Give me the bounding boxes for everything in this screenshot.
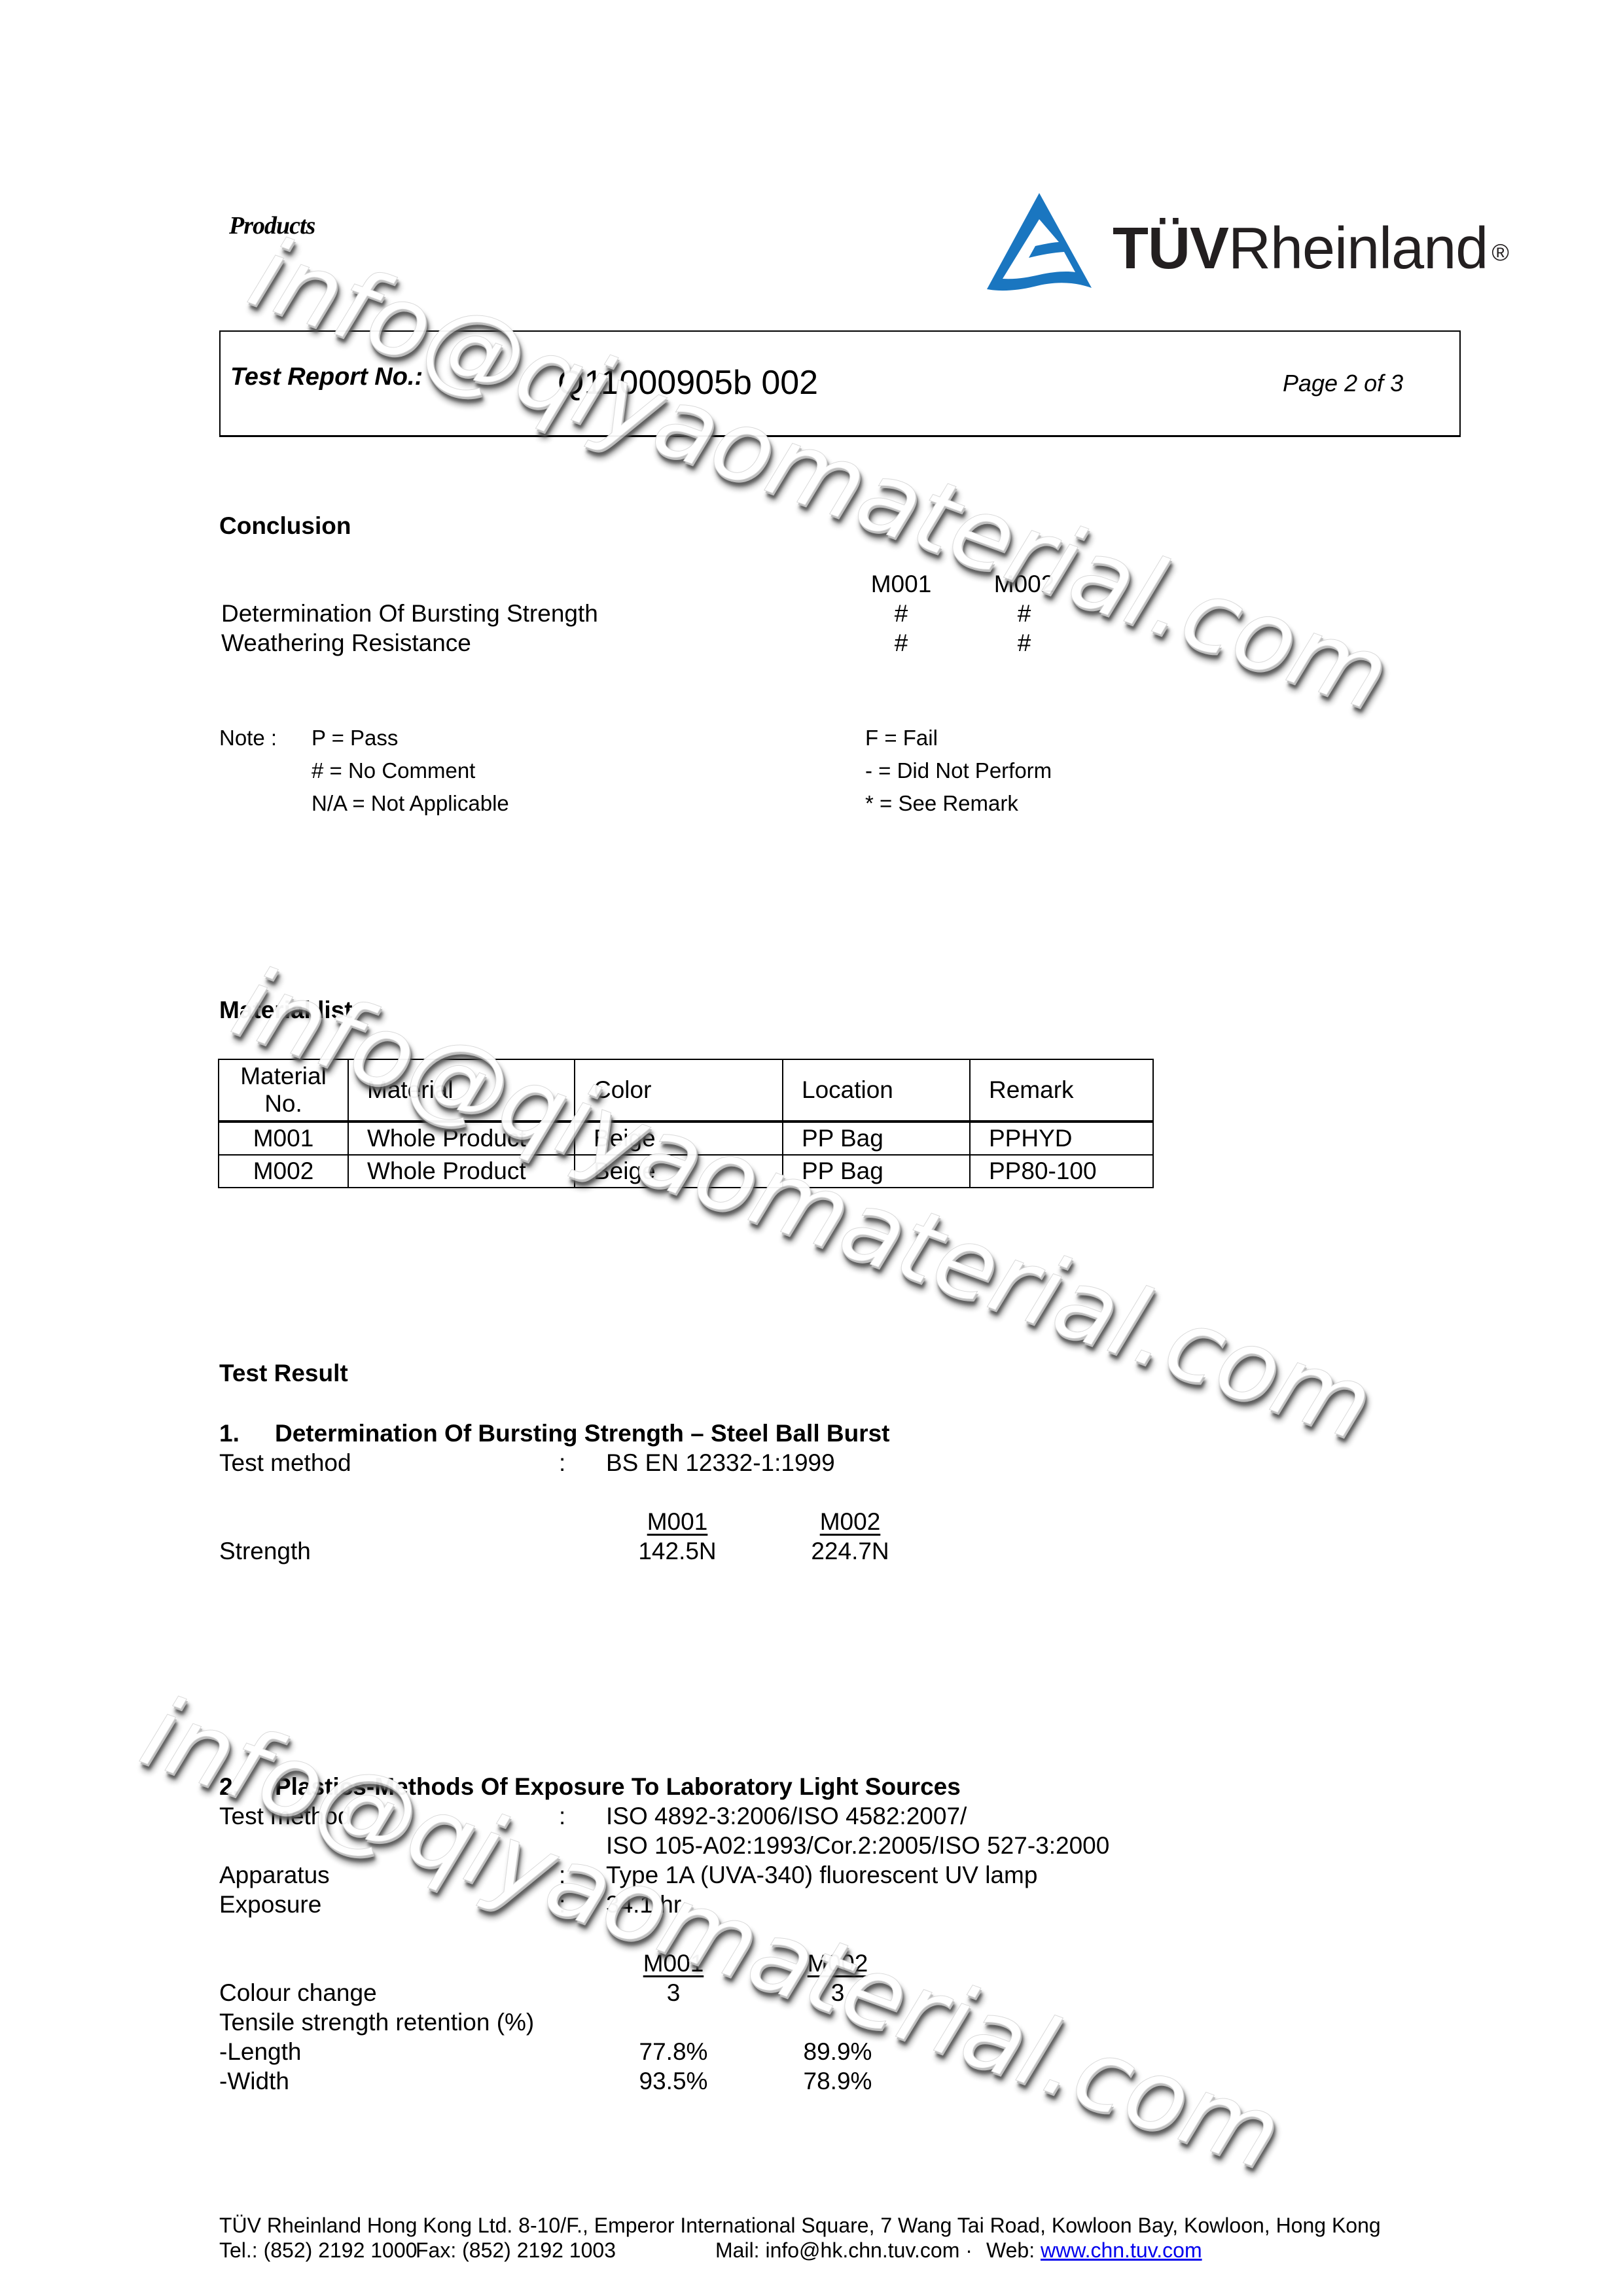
note-item: F = Fail [865, 725, 938, 751]
section1-col-m002: M002 [820, 1508, 881, 1535]
conclusion-title: Conclusion [219, 512, 351, 540]
header-material-no: MaterialNo. [219, 1059, 348, 1122]
note-item: P = Pass [312, 725, 398, 751]
material-list-title: Material list [219, 997, 353, 1024]
cell-location: PP Bag [783, 1155, 970, 1188]
conclusion-col-m001: M001 [836, 569, 967, 599]
tuv-triangle-logo-icon [982, 190, 1096, 294]
result-value: 224.7N [785, 1536, 916, 1566]
section1-col-m001: M001 [647, 1508, 708, 1535]
section2-col-m002: M002 [808, 1950, 868, 1977]
tuv-rheinland-wordmark: TÜVRheinland® [1113, 216, 1508, 281]
note-label: Note : [219, 725, 277, 751]
section2-test-method-label: Test method [219, 1801, 351, 1831]
result-row-label: -Width [219, 2066, 289, 2096]
result-value: 93.5% [608, 2066, 739, 2096]
section2-col-m001: M001 [643, 1950, 704, 1977]
note-item: # = No Comment [312, 758, 475, 784]
header-remark: Remark [970, 1059, 1153, 1122]
colon: : [559, 1890, 565, 1919]
result-value: 78.9% [772, 2066, 903, 2096]
conclusion-col-m002: M002 [959, 569, 1090, 599]
report-number: Q11000905b 002 [558, 363, 818, 402]
result-row-label: Colour change [219, 1978, 377, 2007]
apparatus-label: Apparatus [219, 1860, 330, 1890]
header-color: Color [575, 1059, 783, 1122]
conclusion-row-value: # [959, 599, 1090, 628]
colon: : [559, 1801, 565, 1831]
result-value: 3 [608, 1978, 739, 2007]
result-value: 77.8% [608, 2037, 739, 2066]
header-material: Material [348, 1059, 575, 1122]
cell-material-no: M001 [219, 1122, 348, 1155]
conclusion-row-label: Determination Of Bursting Strength [221, 599, 598, 628]
result-value: 89.9% [772, 2037, 903, 2066]
footer-mail: Mail: info@hk.chn.tuv.com · [715, 2238, 972, 2263]
table-row: M002 Whole Product Beige PP Bag PP80-100 [219, 1155, 1153, 1188]
table-header-row: MaterialNo. Material Color Location Rema… [219, 1059, 1153, 1122]
report-number-label: Test Report No.: [230, 363, 423, 391]
result-value: 142.5N [612, 1536, 743, 1566]
cell-material: Whole Product [348, 1155, 575, 1188]
cell-location: PP Bag [783, 1122, 970, 1155]
footer-web-label: Web: [986, 2238, 1035, 2262]
footer-address: TÜV Rheinland Hong Kong Ltd. 8-10/F., Em… [219, 2213, 1381, 2238]
result-row-label: Tensile strength retention (%) [219, 2007, 534, 2037]
footer-fax: Fax: (852) 2192 1003 [416, 2238, 616, 2263]
section1-title: Determination Of Bursting Strength – Ste… [275, 1419, 890, 1448]
section2-test-method-line1: ISO 4892-3:2006/ISO 4582:2007/ [606, 1801, 967, 1831]
result-row-label: -Length [219, 2037, 302, 2066]
colon: : [559, 1448, 565, 1477]
material-table: MaterialNo. Material Color Location Rema… [218, 1059, 1154, 1188]
exposure-label: Exposure [219, 1890, 321, 1919]
page-indicator: Page 2 of 3 [1283, 370, 1403, 397]
note-item: * = See Remark [865, 790, 1018, 817]
footer-web: Web: www.chn.tuv.com [986, 2238, 1202, 2263]
apparatus-value: Type 1A (UVA-340) fluorescent UV lamp [606, 1860, 1037, 1890]
section2-number: 2. [219, 1772, 240, 1801]
cell-material: Whole Product [348, 1122, 575, 1155]
watermark-text: info@qiyaomaterial.com [128, 1675, 1295, 2193]
note-item: - = Did Not Perform [865, 758, 1052, 784]
colon: : [559, 1860, 565, 1890]
conclusion-row-value: # [959, 628, 1090, 658]
section2-test-method-line2: ISO 105-A02:1993/Cor.2:2005/ISO 527-3:20… [606, 1831, 1109, 1860]
conclusion-row-value: # [836, 599, 967, 628]
section1-number: 1. [219, 1419, 240, 1448]
section2-title: Plastics-Methods Of Exposure To Laborato… [275, 1772, 961, 1801]
note-item: N/A = Not Applicable [312, 790, 509, 817]
cell-material-no: M002 [219, 1155, 348, 1188]
cell-remark: PPHYD [970, 1122, 1153, 1155]
result-row-label: Strength [219, 1536, 311, 1566]
table-row: M001 Whole Product Beige PP Bag PPHYD [219, 1122, 1153, 1155]
brand-label: Products [229, 211, 315, 240]
result-value: 3 [772, 1978, 903, 2007]
conclusion-row-value: # [836, 628, 967, 658]
header-location: Location [783, 1059, 970, 1122]
cell-color: Beige [575, 1122, 783, 1155]
section1-test-method: BS EN 12332-1:1999 [606, 1448, 835, 1477]
footer-web-link[interactable]: www.chn.tuv.com [1041, 2238, 1202, 2262]
conclusion-row-label: Weathering Resistance [221, 628, 471, 658]
watermark-text: info@qiyaomaterial.com [219, 945, 1387, 1463]
test-result-title: Test Result [219, 1360, 348, 1387]
cell-color: Beige [575, 1155, 783, 1188]
section1-test-method-label: Test method [219, 1448, 351, 1477]
cell-remark: PP80-100 [970, 1155, 1153, 1188]
exposure-value: 34.1 hr [606, 1890, 681, 1919]
footer-tel: Tel.: (852) 2192 1000 [219, 2238, 417, 2263]
